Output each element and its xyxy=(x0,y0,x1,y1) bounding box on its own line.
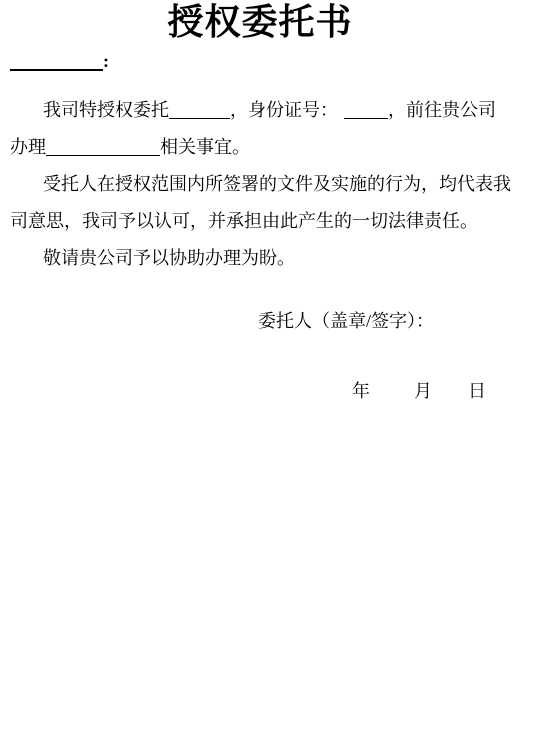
document-page: 授权委托书 : 我司特授权委托，身份证号：，前往贵公司 办理相关事宜。 受托人在… xyxy=(0,0,546,748)
matter-blank-field[interactable] xyxy=(46,142,160,156)
visit-company-text: ，前往贵公司 xyxy=(388,100,496,120)
addressee-line: : xyxy=(10,43,510,80)
paragraph-liability-line-2: 司意思，我司予以认可，并承担由此产生的一切法律责任。 xyxy=(10,203,510,240)
agent-name-blank-field[interactable] xyxy=(169,105,230,119)
related-matters-text: 相关事宜。 xyxy=(160,137,250,157)
signature-line: 委托人（盖章/签字）： xyxy=(10,303,510,340)
paragraph-liability: 受托人在授权范围内所签署的文件及实施的行为，均代表我 司意思，我司予以认可，并承… xyxy=(10,166,510,240)
date-month-label: 月 xyxy=(414,381,432,401)
paragraph-authorization-line-1: 我司特授权委托，身份证号：，前往贵公司 xyxy=(10,92,510,129)
paragraph-authorization-line-2: 办理相关事宜。 xyxy=(10,129,510,166)
authorize-text-lead: 我司特授权委托 xyxy=(43,100,169,120)
date-line: 年月日 xyxy=(10,373,510,410)
date-year-label: 年 xyxy=(352,381,370,401)
principal-signature-label: 委托人（盖章/签字）： xyxy=(258,311,434,331)
date-day-label: 日 xyxy=(468,381,486,401)
paragraph-liability-line-1: 受托人在授权范围内所签署的文件及实施的行为，均代表我 xyxy=(10,166,510,203)
paragraph-closing: 敬请贵公司予以协助办理为盼。 xyxy=(10,240,510,277)
addressee-blank-field[interactable] xyxy=(10,57,103,71)
paragraph-authorization: 我司特授权委托，身份证号：，前往贵公司 办理相关事宜。 xyxy=(10,92,510,166)
id-number-blank-field[interactable] xyxy=(344,105,388,119)
document-title: 授权委托书 xyxy=(10,4,510,40)
addressee-colon: : xyxy=(103,51,109,71)
document-content: 授权委托书 : 我司特授权委托，身份证号：，前往贵公司 办理相关事宜。 受托人在… xyxy=(10,4,510,410)
id-number-label-text: ，身份证号： xyxy=(230,100,338,120)
handle-label-text: 办理 xyxy=(10,137,46,157)
